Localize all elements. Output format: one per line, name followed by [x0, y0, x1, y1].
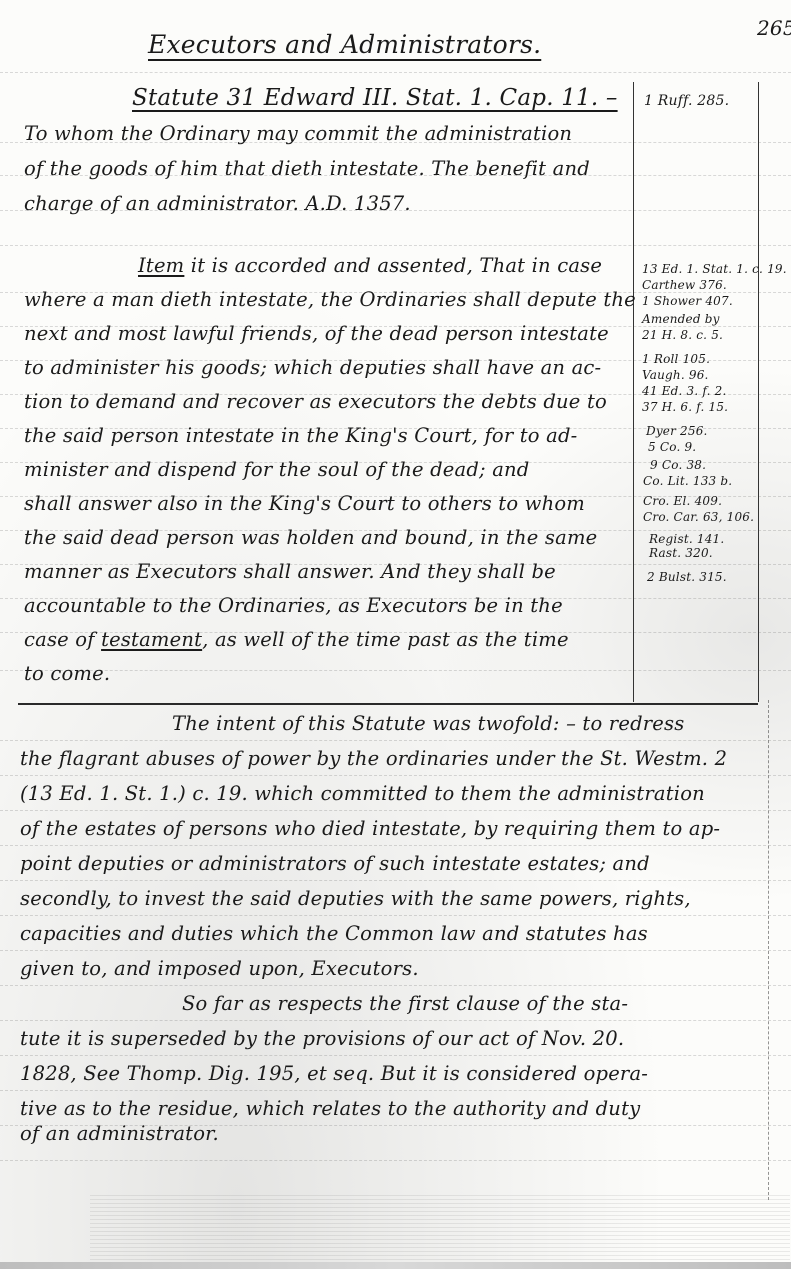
section-divider	[18, 703, 758, 705]
statute-line: manner as Executors shall answer. And th…	[24, 560, 556, 583]
statute-line: the said dead person was holden and boun…	[24, 526, 597, 549]
page-title: Executors and Administrators.	[148, 30, 541, 59]
statute-line: accountable to the Ordinaries, as Execut…	[24, 594, 563, 617]
commentary-line: The intent of this Statute was twofold: …	[172, 712, 684, 735]
margin-ref: 13 Ed. 1. Stat. 1. c. 19.	[642, 262, 787, 276]
margin-ref: 21 H. 8. c. 5.	[642, 328, 723, 342]
ruled-line	[0, 950, 791, 951]
testament-word: testament	[101, 628, 202, 651]
margin-ref: 9 Co. 38.	[650, 458, 706, 472]
preamble-line: To whom the Ordinary may commit the admi…	[24, 122, 572, 145]
scanned-page: 265 Executors and Administrators. Statut…	[0, 0, 791, 1269]
statute-line: tion to demand and recover as executors …	[24, 390, 607, 413]
statute-heading: Statute 31 Edward III. Stat. 1. Cap. 11.…	[132, 85, 618, 111]
commentary-line: tute it is superseded by the provisions …	[20, 1027, 624, 1050]
statute-line: where a man dieth intestate, the Ordinar…	[24, 288, 636, 311]
scan-noise	[90, 1195, 790, 1260]
ruled-line	[0, 1055, 791, 1056]
commentary-line: secondly, to invest the said deputies wi…	[20, 887, 691, 910]
ruled-line	[0, 1160, 791, 1161]
margin-ref: 1 Shower 407.	[642, 294, 733, 308]
commentary-line: capacities and duties which the Common l…	[20, 922, 648, 945]
margin-ref: Regist. 141.	[649, 532, 724, 546]
commentary-line: tive as to the residue, which relates to…	[20, 1097, 640, 1120]
margin-ref: Cro. Car. 63, 106.	[643, 510, 754, 524]
statute-line: to come.	[24, 662, 110, 685]
commentary-line: of an administrator.	[20, 1122, 219, 1145]
statute-line-text: , as well of the time past as the time	[202, 628, 569, 651]
margin-ref: 37 H. 6. f. 15.	[642, 400, 728, 414]
page-number: 265	[757, 16, 791, 40]
margin-column-left-border	[633, 82, 634, 702]
statute-line: the said person intestate in the King's …	[24, 424, 577, 447]
margin-ref: Dyer 256.	[646, 424, 708, 438]
preamble-line: charge of an administrator. A.D. 1357.	[24, 192, 411, 215]
margin-ref: Rast. 320.	[649, 546, 713, 560]
margin-ref: Vaugh. 96.	[642, 368, 709, 382]
statute-line-text: case of	[24, 628, 101, 651]
commentary-line: of the estates of persons who died intes…	[20, 817, 720, 840]
ruled-line	[0, 1020, 791, 1021]
margin-ref: 2 Bulst. 315.	[647, 570, 727, 584]
statute-line: next and most lawful friends, of the dea…	[24, 322, 609, 345]
margin-ref: 5 Co. 9.	[648, 440, 696, 454]
page-bottom-edge	[0, 1262, 791, 1269]
page-right-rule	[768, 700, 769, 1200]
ruled-line	[0, 880, 791, 881]
item-keyword: Item	[138, 254, 184, 277]
ruled-line	[0, 740, 791, 741]
commentary-line: 1828, See Thomp. Dig. 195, et seq. But i…	[20, 1062, 648, 1085]
statute-line: to administer his goods; which deputies …	[24, 356, 601, 379]
statute-line-testament: case of testament, as well of the time p…	[24, 628, 569, 651]
margin-ref: Co. Lit. 133 b.	[643, 474, 732, 488]
commentary-line: given to, and imposed upon, Executors.	[20, 957, 419, 980]
statute-line-first: Item it is accorded and assented, That i…	[138, 254, 602, 277]
commentary-line: So far as respects the first clause of t…	[182, 992, 628, 1015]
margin-ref: 41 Ed. 3. f. 2.	[642, 384, 727, 398]
margin-ref: Cro. El. 409.	[643, 494, 722, 508]
ruled-line	[0, 775, 791, 776]
margin-column-right-border	[758, 82, 759, 702]
ruled-line	[0, 845, 791, 846]
statute-line: minister and dispend for the soul of the…	[24, 458, 530, 481]
margin-ref: 1 Roll 105.	[642, 352, 710, 366]
ruled-line	[0, 245, 791, 246]
margin-ref: Amended by	[642, 312, 720, 326]
preamble-line: of the goods of him that dieth intestate…	[24, 157, 590, 180]
ruled-line	[0, 810, 791, 811]
margin-note-heading-ref: 1 Ruff. 285.	[644, 93, 729, 109]
ruled-line	[0, 915, 791, 916]
commentary-line: the flagrant abuses of power by the ordi…	[20, 747, 727, 770]
commentary-line: point deputies or administrators of such…	[20, 852, 650, 875]
ruled-line	[0, 670, 791, 671]
ruled-line	[0, 985, 791, 986]
statute-line-text: it is accorded and assented, That in cas…	[184, 254, 602, 277]
ruled-line	[0, 72, 791, 73]
ruled-line	[0, 1090, 791, 1091]
statute-line: shall answer also in the King's Court to…	[24, 492, 585, 515]
commentary-line: (13 Ed. 1. St. 1.) c. 19. which committe…	[20, 782, 705, 805]
margin-ref: Carthew 376.	[642, 278, 727, 292]
